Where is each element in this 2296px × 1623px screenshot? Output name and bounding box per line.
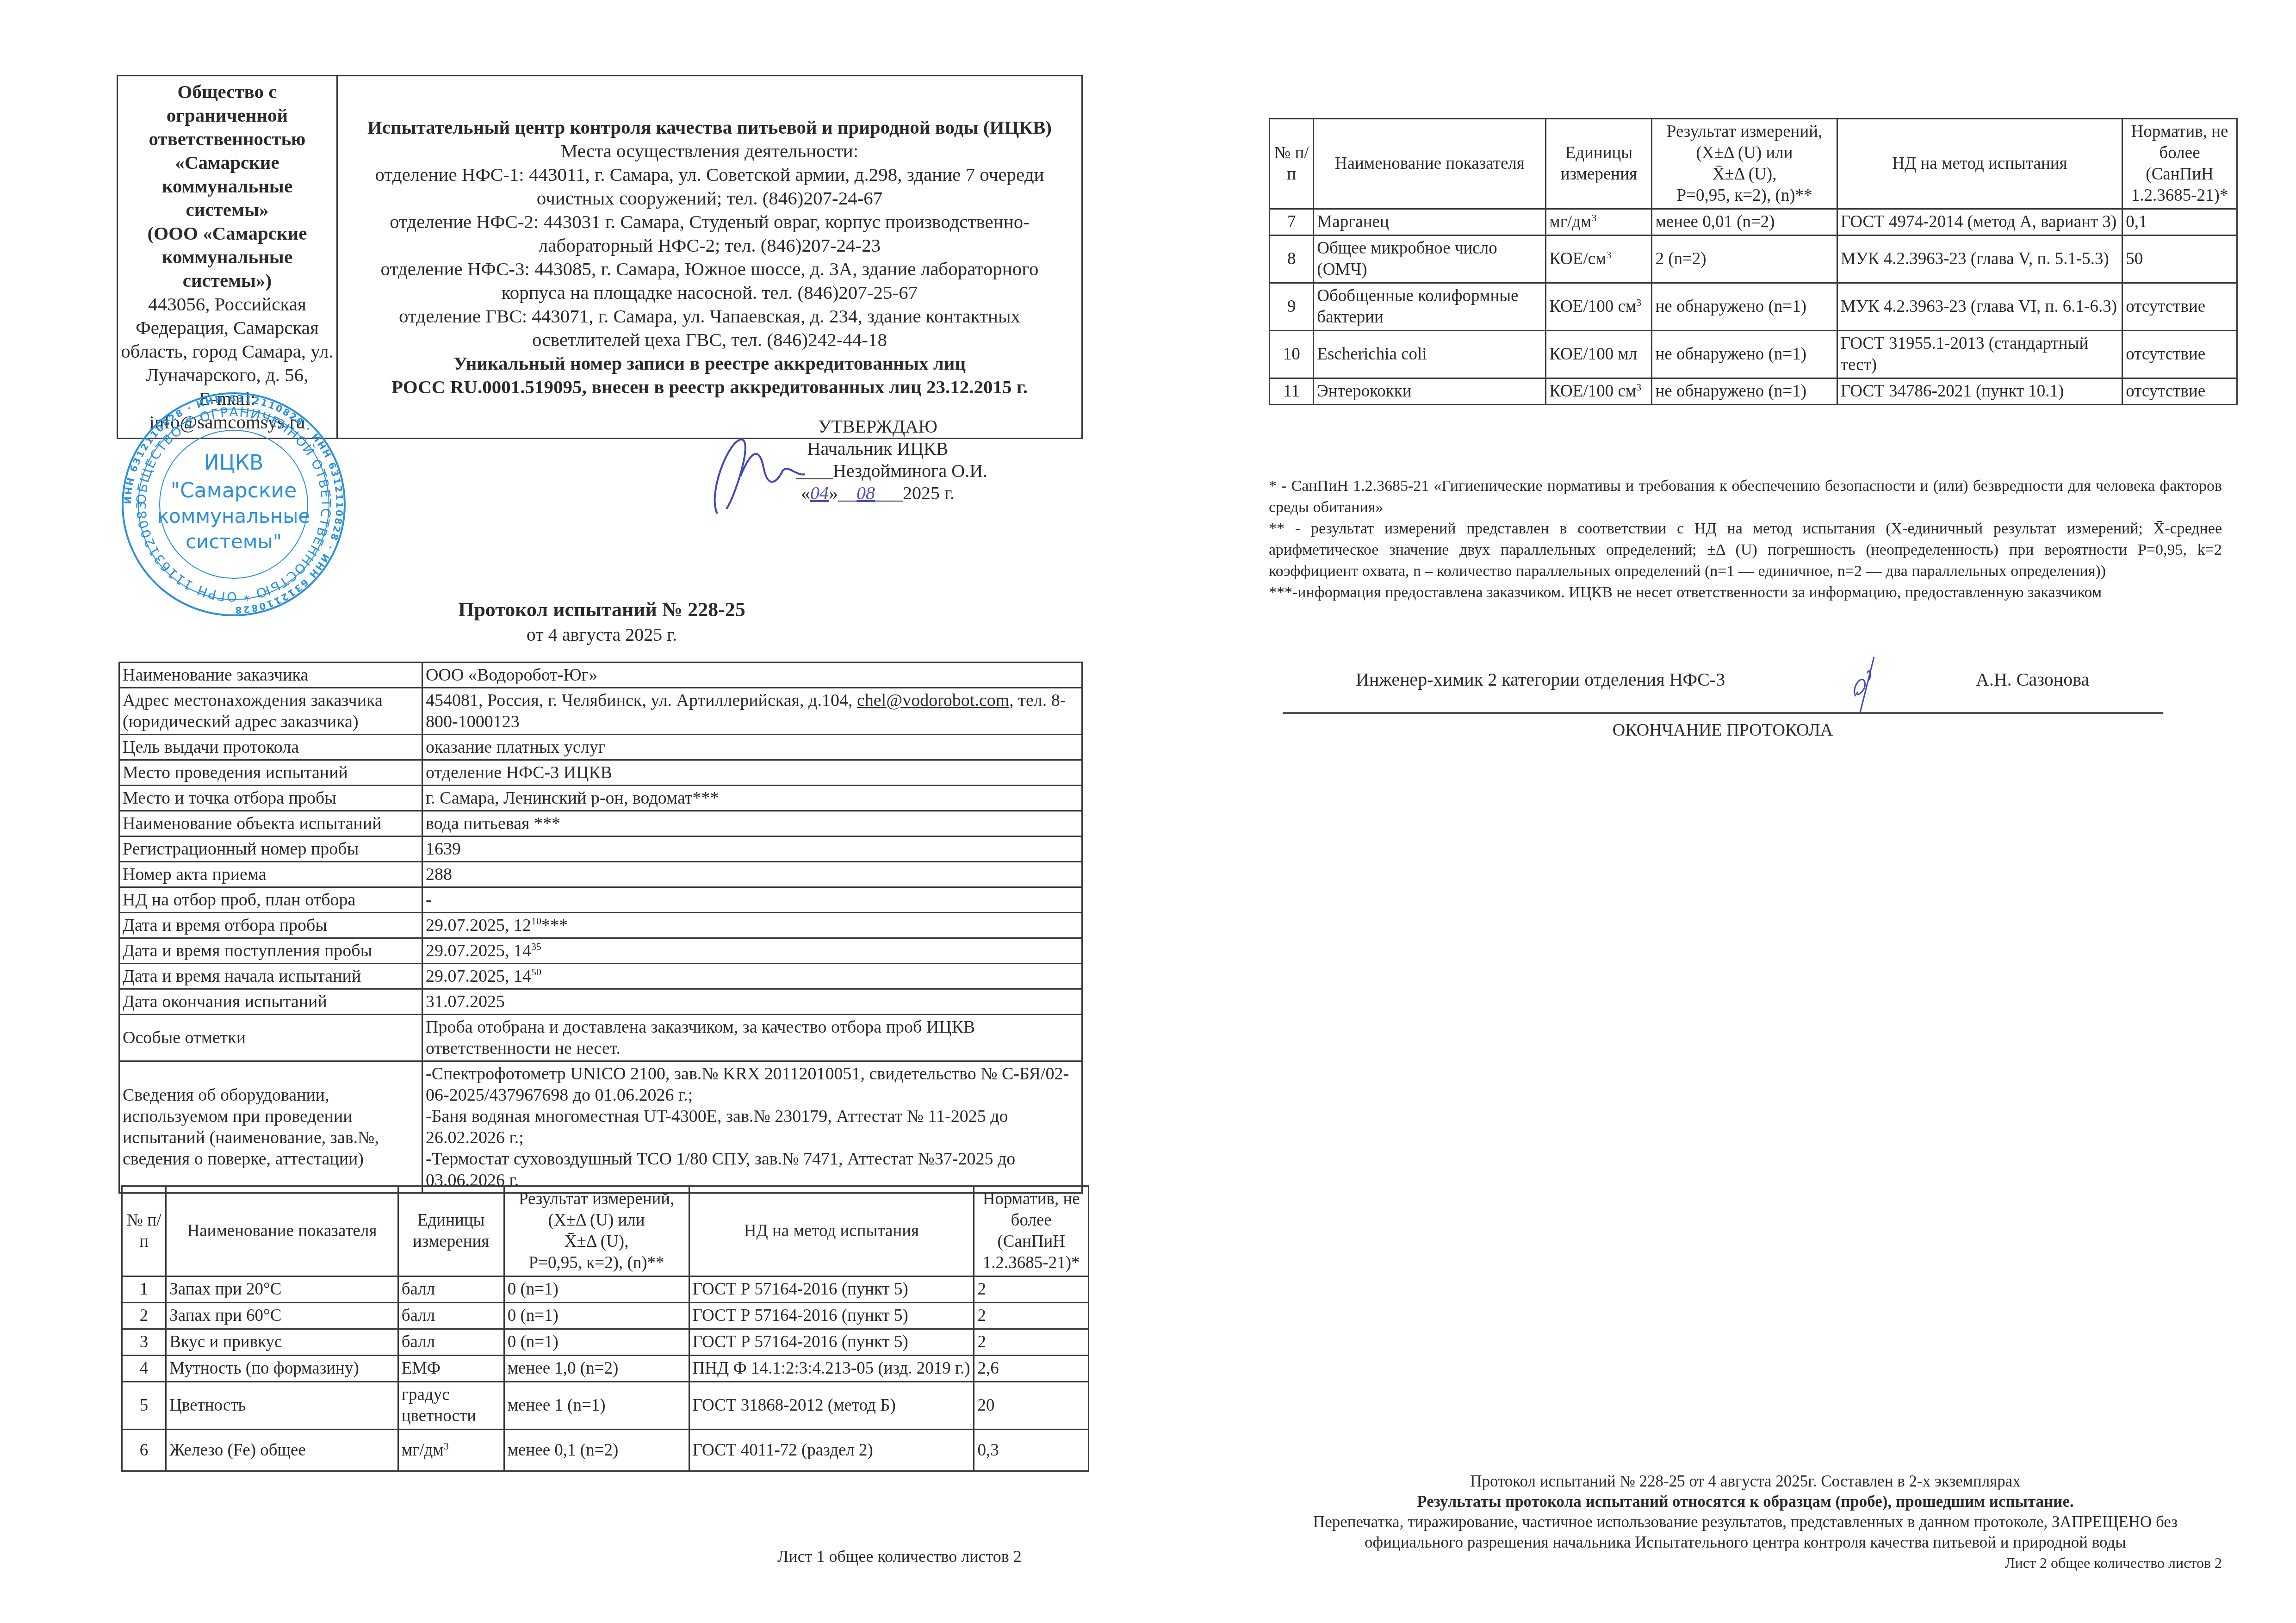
result-row: 4Мутность (по формазину)ЕМФменее 1,0 (n=…: [122, 1356, 1089, 1382]
page-1-sheet-counter: Лист 1 общее количество листов 2: [777, 1547, 1022, 1566]
unit-power: 3: [444, 1440, 449, 1451]
info-value: 1639: [422, 836, 1082, 862]
col-result-header: Результат измерений, (X±Δ (U) или X̄±Δ (…: [1652, 119, 1837, 209]
col-name-header: Наименование показателя: [1314, 119, 1546, 209]
equipment-list: -Спектрофотометр UNICO 2100, зав.№ KRX 2…: [422, 1061, 1082, 1193]
info-row: Адрес местонахождения заказчика (юридиче…: [119, 688, 1082, 735]
info-value: 29.07.2025, 1210***: [422, 913, 1082, 938]
info-row: Дата и время поступления пробы29.07.2025…: [119, 938, 1082, 964]
unit-text: балл: [402, 1306, 435, 1325]
header-line: X̄±Δ (U),: [508, 1231, 686, 1252]
unit-text: КОЕ/100 см: [1549, 297, 1636, 316]
norm: отсутствие: [2122, 378, 2237, 405]
method: ГОСТ Р 57164-2016 (пункт 5): [689, 1303, 974, 1329]
org-address-line: Луначарского, д. 56,: [121, 363, 334, 387]
row-num: 4: [122, 1356, 166, 1382]
col-num-header: № п/п: [122, 1186, 166, 1276]
result-value: не обнаружено (n=1): [1652, 378, 1837, 405]
info-row: Дата и время начала испытаний29.07.2025,…: [119, 964, 1082, 989]
sample-info-table: Наименование заказчикаООО «Водоробот-Юг»…: [118, 662, 1083, 1194]
header-line: X̄±Δ (U),: [1655, 164, 1833, 185]
protocol-title-block: Протокол испытаний № 228-25 от 4 августа…: [0, 597, 1148, 647]
minutes-superscript: 35: [531, 941, 541, 952]
lab-info-cell: Испытательный центр контроля качества пи…: [337, 76, 1082, 439]
unit: КОЕ/100 мл: [1546, 331, 1652, 378]
info-row: Регистрационный номер пробы1639: [119, 836, 1082, 862]
method: ГОСТ 34786-2021 (пункт 10.1): [1837, 378, 2122, 405]
org-name-line: ответственностью: [121, 127, 334, 151]
row-num: 10: [1270, 331, 1314, 378]
result-value: менее 1 (n=1): [504, 1382, 689, 1430]
info-value: вода питьевая ***: [422, 811, 1082, 836]
header-line: (X±Δ (U) или: [1655, 142, 1833, 164]
svg-text:ИЦКВ: ИЦКВ: [204, 451, 264, 475]
unit-text: ЕМФ: [402, 1359, 441, 1378]
info-key: Цель выдачи протокола: [119, 735, 422, 760]
org-name-line: системы»): [121, 269, 334, 292]
norm: 2: [974, 1329, 1089, 1356]
info-key: Сведения об оборудовании, используемом п…: [119, 1061, 422, 1193]
indicator-name: Мутность (по формазину): [166, 1356, 398, 1382]
protocol-title: Протокол испытаний № 228-25: [56, 597, 1148, 623]
approval-month: 08: [856, 483, 875, 503]
row-num: 11: [1270, 378, 1314, 405]
results-table-page-1: № п/п Наименование показателя Единицы из…: [121, 1185, 1089, 1472]
location-nfs1: отделение НФС-1: 443011, г. Самара, ул. …: [356, 163, 1063, 210]
approver-position: Начальник ИЦКВ: [768, 438, 987, 460]
col-unit-header: Единицы измерения: [398, 1186, 504, 1276]
indicator-name: Обобщенные колиформные бактерии: [1314, 283, 1546, 331]
equipment-item: -Баня водяная многоместная UT-4300E, зав…: [426, 1106, 1079, 1148]
unit-text: КОЕ/100 мл: [1549, 345, 1637, 364]
org-name-line: Общество с: [121, 80, 334, 104]
unit: балл: [398, 1276, 504, 1303]
result-row: 1Запах при 20°Сбалл0 (n=1)ГОСТ Р 57164-2…: [122, 1276, 1089, 1303]
col-name-header: Наименование показателя: [166, 1186, 398, 1276]
info-key: Номер акта приема: [119, 862, 422, 887]
info-row: Наименование объекта испытанийвода питье…: [119, 811, 1082, 836]
footnote-sanpin: * - СанПиН 1.2.3685-21 «Гигиенические но…: [1269, 476, 2222, 518]
method: ГОСТ 4011-72 (раздел 2): [689, 1430, 974, 1471]
indicator-name: Запах при 60°С: [166, 1303, 398, 1329]
method: ГОСТ 4974-2014 (метод А, вариант 3): [1837, 209, 2122, 235]
engineer-signature-icon: [1846, 655, 1883, 715]
info-value: -: [422, 887, 1082, 913]
info-value: Проба отобрана и доставлена заказчиком, …: [422, 1015, 1082, 1061]
row-num: 1: [122, 1276, 166, 1303]
info-row: Сведения об оборудовании, используемом п…: [119, 1061, 1082, 1193]
info-key: Особые отметки: [119, 1015, 422, 1061]
row-num: 3: [122, 1329, 166, 1356]
signer-name: А.Н. Сазонова: [1976, 669, 2089, 690]
header-line: Результат измерений,: [508, 1189, 686, 1210]
page-1: Общество с ограниченной ответственностью…: [0, 0, 1148, 1623]
indicator-name: Общее микробное число (ОМЧ): [1314, 235, 1546, 283]
org-address-line: 443056, Российская: [121, 292, 334, 316]
location-nfs2: отделение НФС-2: 443031 г. Самара, Студе…: [356, 210, 1063, 257]
unit-text: КОЕ/100 см: [1549, 382, 1636, 401]
col-result-header: Результат измерений, (X±Δ (U) или X̄±Δ (…: [504, 1186, 689, 1276]
unit-power: 3: [1636, 381, 1641, 393]
result-value: 0 (n=1): [504, 1276, 689, 1303]
info-row: Место проведения испытанийотделение НФС-…: [119, 760, 1082, 786]
info-value: 29.07.2025, 1435: [422, 938, 1082, 964]
unit: градус цветности: [398, 1382, 504, 1430]
approval-block: УТВЕРЖДАЮ Начальник ИЦКВ ____Нездойминог…: [768, 415, 987, 504]
info-key: Наименование заказчика: [119, 663, 422, 688]
equipment-item: -Спектрофотометр UNICO 2100, зав.№ KRX 2…: [426, 1063, 1079, 1106]
protocol-disclaimer: Протокол испытаний № 228-25 от 4 августа…: [1269, 1471, 2222, 1573]
unit: ЕМФ: [398, 1356, 504, 1382]
unit-power: 3: [1607, 249, 1612, 260]
norm: 50: [2122, 235, 2237, 283]
header-line: P=0,95, к=2), (n)**: [508, 1252, 686, 1274]
results-header-row: № п/п Наименование показателя Единицы из…: [122, 1186, 1089, 1276]
norm: 0,3: [974, 1430, 1089, 1471]
result-row: 6Железо (Fe) общеемг/дм3менее 0,1 (n=2)Г…: [122, 1430, 1089, 1471]
results-header-row: № п/п Наименование показателя Единицы из…: [1270, 119, 2237, 209]
signer-role: Инженер-химик 2 категории отделения НФС-…: [1356, 669, 1725, 690]
info-row: Дата и время отбора пробы29.07.2025, 121…: [119, 913, 1082, 938]
indicator-name: Запах при 20°С: [166, 1276, 398, 1303]
location-gvs: отделение ГВС: 443071, г. Самара, ул. Ча…: [356, 304, 1063, 352]
company-seal-icon: ОБЩЕСТВО С ОГРАНИЧЕННОЙ ОТВЕТСТВЕННОСТЬЮ…: [118, 389, 349, 620]
unit: мг/дм3: [398, 1430, 504, 1471]
org-name-line: (ООО «Самарские: [121, 222, 334, 245]
unit-text: мг/дм: [1549, 212, 1591, 231]
unit: КОЕ/100 см3: [1546, 378, 1652, 405]
result-value: не обнаружено (n=1): [1652, 331, 1837, 378]
approval-title: УТВЕРЖДАЮ: [768, 415, 987, 438]
org-name-line: ограниченной: [121, 104, 334, 127]
org-name-line: коммунальные: [121, 245, 334, 269]
indicator-name: Escherichia coli: [1314, 331, 1546, 378]
header-line: P=0,95, к=2), (n)**: [1655, 185, 1833, 206]
row-num: 9: [1270, 283, 1314, 331]
date-quote: »: [829, 483, 838, 503]
registry-line: Уникальный номер записи в реестре аккред…: [356, 352, 1063, 375]
result-row: 3Вкус и привкусбалл0 (n=1)ГОСТ Р 57164-2…: [122, 1329, 1089, 1356]
col-unit-header: Единицы измерения: [1546, 119, 1652, 209]
indicator-name: Энтерококки: [1314, 378, 1546, 405]
info-row: Наименование заказчикаООО «Водоробот-Юг»: [119, 663, 1082, 688]
result-value: менее 0,1 (n=2): [504, 1430, 689, 1471]
norm: 2,6: [974, 1356, 1089, 1382]
info-row: Номер акта приема288: [119, 862, 1082, 887]
col-method-header: НД на метод испытания: [689, 1186, 974, 1276]
datetime-text: 29.07.2025, 14: [426, 941, 531, 960]
unit-text: мг/дм: [402, 1441, 444, 1460]
org-address-line: область, город Самара, ул.: [121, 340, 334, 363]
info-key: Место и точка отбора пробы: [119, 786, 422, 811]
end-of-protocol-label: ОКОНЧАНИЕ ПРОТОКОЛА: [1283, 720, 2163, 740]
info-key: Дата и время отбора пробы: [119, 913, 422, 938]
col-norm-header: Норматив, не более (СанПиН 1.2.3685-21)*: [974, 1186, 1089, 1276]
info-key: Дата и время начала испытаний: [119, 964, 422, 989]
row-num: 7: [1270, 209, 1314, 235]
svg-text:"Самарские: "Самарские: [171, 479, 297, 502]
org-name-line: «Самарские: [121, 151, 334, 174]
result-row: 9Обобщенные колиформные бактерииКОЕ/100 …: [1270, 283, 2237, 331]
datetime-text: 29.07.2025, 12: [426, 916, 531, 935]
letterhead-table: Общество с ограниченной ответственностью…: [117, 75, 1083, 439]
unit: мг/дм3: [1546, 209, 1652, 235]
locations-label: Места осуществления деятельности:: [356, 139, 1063, 163]
result-value: не обнаружено (n=1): [1652, 283, 1837, 331]
info-value: г. Самара, Ленинский р-он, водомат***: [422, 786, 1082, 811]
norm: 2: [974, 1303, 1089, 1329]
footnote-customer-info: ***-информация предоставлена заказчиком.…: [1269, 582, 2222, 603]
divider: [1283, 712, 2163, 714]
info-row: Место и точка отбора пробыг. Самара, Лен…: [119, 786, 1082, 811]
result-row: 8Общее микробное число (ОМЧ)КОЕ/см32 (n=…: [1270, 235, 2237, 283]
info-row: Особые отметкиПроба отобрана и доставлен…: [119, 1015, 1082, 1061]
indicator-name: Железо (Fe) общее: [166, 1430, 398, 1471]
approval-day: 04: [810, 483, 829, 503]
result-value: менее 1,0 (n=2): [504, 1356, 689, 1382]
results-scope-note: Результаты протокола испытаний относятся…: [1269, 1492, 2222, 1512]
unit: КОЕ/100 см3: [1546, 283, 1652, 331]
method: ГОСТ Р 57164-2016 (пункт 5): [689, 1329, 974, 1356]
reproduction-warning: Перепечатка, тиражирование, частичное ис…: [1269, 1512, 2222, 1553]
address-text: 454081, Россия, г. Челябинск, ул. Артилл…: [426, 691, 857, 710]
unit: балл: [398, 1303, 504, 1329]
norm: 20: [974, 1382, 1089, 1430]
norm: отсутствие: [2122, 283, 2237, 331]
lab-title: Испытательный центр контроля качества пи…: [356, 116, 1063, 139]
minutes-superscript: 10: [531, 915, 541, 927]
col-norm-header: Норматив, не более (СанПиН 1.2.3685-21)*: [2122, 119, 2237, 209]
header-line: (X±Δ (U) или: [508, 1210, 686, 1231]
row-num: 5: [122, 1382, 166, 1430]
info-value: 31.07.2025: [422, 989, 1082, 1015]
info-key: Дата и время поступления пробы: [119, 938, 422, 964]
datetime-text: 29.07.2025, 14: [426, 966, 531, 986]
unit-text: балл: [402, 1280, 435, 1299]
location-nfs3: отделение НФС-3: 443085, г. Самара, Южно…: [356, 257, 1063, 304]
info-key: Место проведения испытаний: [119, 760, 422, 786]
org-address-line: Федерация, Самарская: [121, 316, 334, 340]
info-key: Наименование объекта испытаний: [119, 811, 422, 836]
norm: отсутствие: [2122, 331, 2237, 378]
result-row: 5Цветностьградус цветностименее 1 (n=1)Г…: [122, 1382, 1089, 1430]
minutes-superscript: 50: [531, 966, 541, 978]
method: ГОСТ 31868-2012 (метод Б): [689, 1382, 974, 1430]
info-key: Адрес местонахождения заказчика (юридиче…: [119, 688, 422, 735]
info-value: оказание платных услуг: [422, 735, 1082, 760]
info-value: 454081, Россия, г. Челябинск, ул. Артилл…: [422, 688, 1082, 735]
result-value: 0 (n=1): [504, 1329, 689, 1356]
method: ГОСТ Р 57164-2016 (пункт 5): [689, 1276, 974, 1303]
method: МУК 4.2.3963-23 (глава V, п. 5.1-5.3): [1837, 235, 2122, 283]
unit-text: балл: [402, 1332, 435, 1351]
result-value: 2 (n=2): [1652, 235, 1837, 283]
footnotes: * - СанПиН 1.2.3685-21 «Гигиенические но…: [1269, 476, 2222, 603]
row-num: 6: [122, 1430, 166, 1471]
unit-power: 3: [1591, 212, 1596, 223]
indicator-name: Марганец: [1314, 209, 1546, 235]
col-num-header: № п/п: [1270, 119, 1314, 209]
col-method-header: НД на метод испытания: [1837, 119, 2122, 209]
norm: 2: [974, 1276, 1089, 1303]
registry-number: РОСС RU.0001.519095, внесен в реестр акк…: [356, 375, 1063, 399]
unit-power: 3: [1636, 297, 1641, 308]
date-quote: «: [801, 483, 810, 503]
result-row: 7Марганецмг/дм3менее 0,01 (n=2)ГОСТ 4974…: [1270, 209, 2237, 235]
result-value: менее 0,01 (n=2): [1652, 209, 1837, 235]
header-line: Результат измерений,: [1655, 121, 1833, 142]
organization-cell: Общество с ограниченной ответственностью…: [118, 76, 337, 439]
indicator-name: Вкус и привкус: [166, 1329, 398, 1356]
method: МУК 4.2.3963-23 (глава VI, п. 6.1-6.3): [1837, 283, 2122, 331]
unit-text: КОЕ/см: [1549, 249, 1606, 268]
approval-year: 2025 г.: [903, 483, 955, 503]
svg-text:системы": системы": [186, 530, 282, 553]
results-table-page-2: № п/п Наименование показателя Единицы из…: [1269, 118, 2238, 405]
svg-text:коммунальные: коммунальные: [157, 505, 310, 527]
page-2-sheet-counter: Лист 2 общее количество листов 2: [1269, 1553, 2222, 1573]
copies-note: Протокол испытаний № 228-25 от 4 августа…: [1269, 1471, 2222, 1492]
result-value: 0 (n=1): [504, 1303, 689, 1329]
unit: балл: [398, 1329, 504, 1356]
info-key: Дата окончания испытаний: [119, 989, 422, 1015]
row-num: 2: [122, 1303, 166, 1329]
row-num: 8: [1270, 235, 1314, 283]
unit-text: градус цветности: [402, 1385, 476, 1425]
norm: 0,1: [2122, 209, 2237, 235]
info-key: НД на отбор проб, план отбора: [119, 887, 422, 913]
approver-name: Нездойминога О.И.: [833, 460, 987, 481]
method: ГОСТ 31955.1-2013 (стандартный тест): [1837, 331, 2122, 378]
info-row: НД на отбор проб, план отбора-: [119, 887, 1082, 913]
result-row: 2Запах при 60°Сбалл0 (n=1)ГОСТ Р 57164-2…: [122, 1303, 1089, 1329]
info-row: Цель выдачи протоколаоказание платных ус…: [119, 735, 1082, 760]
footnote-measurement: ** - результат измерений представлен в с…: [1269, 518, 2222, 582]
org-name-line: коммунальные системы»: [121, 174, 334, 222]
footnote-mark: ***: [541, 916, 568, 935]
info-value: отделение НФС-3 ИЦКВ: [422, 760, 1082, 786]
equipment-item: -Термостат суховоздушный ТСО 1/80 СПУ, з…: [426, 1148, 1079, 1191]
method: ПНД Ф 14.1:2:3:4.213-05 (изд. 2019 г.): [689, 1356, 974, 1382]
info-key: Регистрационный номер пробы: [119, 836, 422, 862]
info-value: 29.07.2025, 1450: [422, 964, 1082, 989]
protocol-date: от 4 августа 2025 г.: [56, 623, 1148, 647]
unit: КОЕ/см3: [1546, 235, 1652, 283]
info-value: 288: [422, 862, 1082, 887]
result-row: 10Escherichia coliКОЕ/100 млне обнаружен…: [1270, 331, 2237, 378]
info-value: ООО «Водоробот-Юг»: [422, 663, 1082, 688]
customer-email-link[interactable]: chel@vodorobot.com: [857, 691, 1009, 710]
result-row: 11ЭнтерококкиКОЕ/100 см3не обнаружено (n…: [1270, 378, 2237, 405]
info-row: Дата окончания испытаний31.07.2025: [119, 989, 1082, 1015]
indicator-name: Цветность: [166, 1382, 398, 1430]
